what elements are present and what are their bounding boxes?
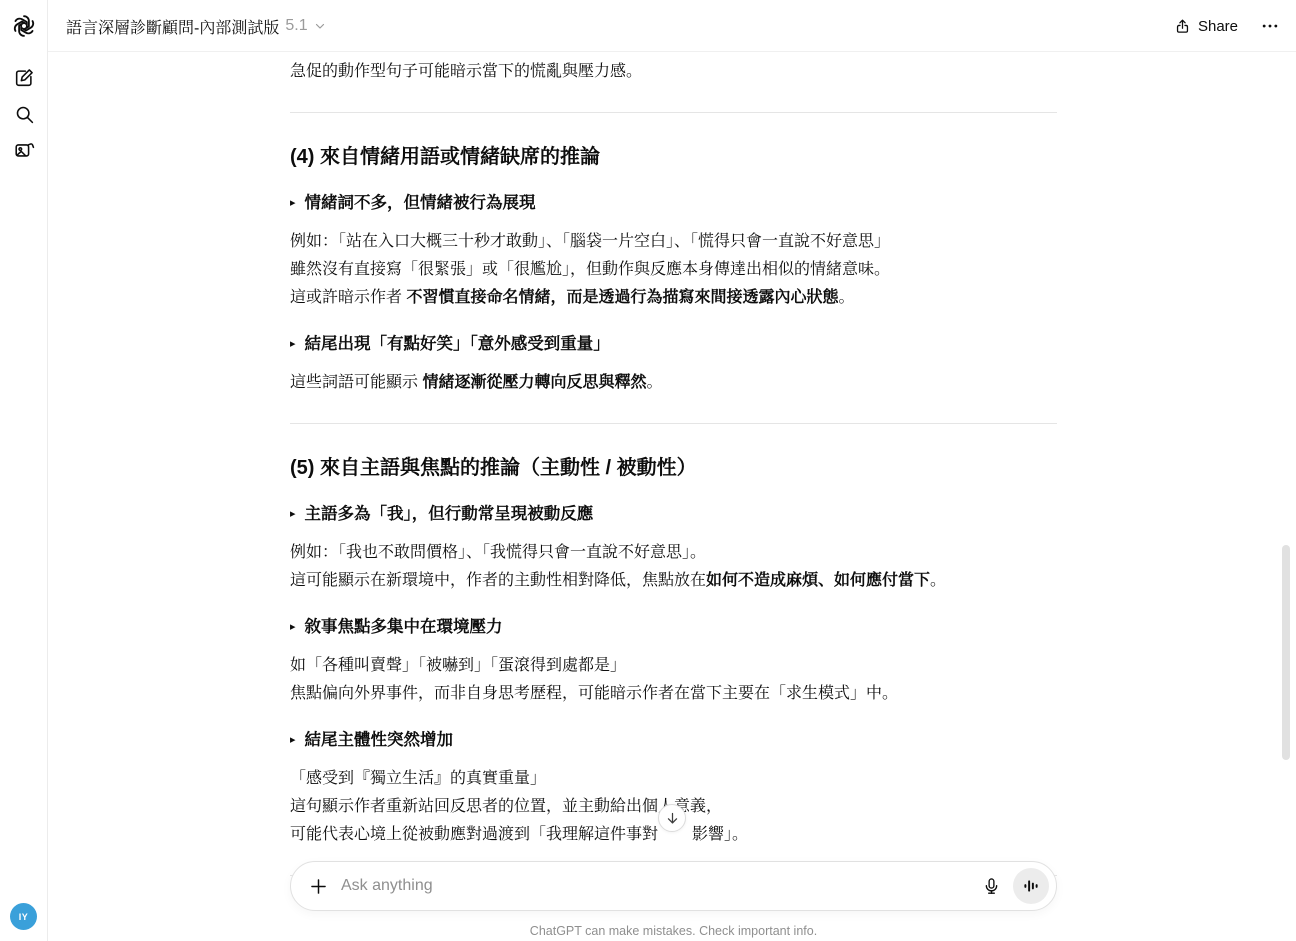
text-line: 這可能顯示在新環境中，作者的主動性相對降低，焦點放在如何不造成麻煩、如何應付當下… [290,567,1057,595]
voice-mode-button[interactable] [1013,868,1049,904]
assistant-message: 急促的動作型句子可能暗示當下的慌亂與壓力感。(4) 來自情緒用語或情緒缺席的推論… [290,52,1057,902]
text-line: 如「各種叫賣聲」「被嚇到」「蛋滾得到處都是」 [290,652,1057,680]
sub-heading: ▸主語多為「我」，但行動常呈現被動反應 [290,501,1057,527]
message-paragraph: 急促的動作型句子可能暗示當下的慌亂與壓力感。 [290,58,1057,86]
conversation-title-dropdown[interactable]: 語言深層診斷顧問-內部測試版 5.1 [66,0,326,52]
chevron-down-icon [314,20,326,32]
new-chat-button[interactable] [11,65,37,91]
message-paragraph: 如「各種叫賣聲」「被嚇到」「蛋滾得到處都是」焦點偏向外界事件，而非自身思考歷程，… [290,652,1057,708]
text-line: 例如：「我也不敢問價格」、「我慌得只會一直說不好意思」。 [290,539,1057,567]
share-button[interactable]: Share [1174,18,1238,35]
triangle-bullet-icon: ▸ [290,501,296,527]
message-paragraph: 這些詞語可能顯示 情緒逐漸從壓力轉向反思與釋然。 [290,369,1057,397]
new-chat-icon [13,67,35,89]
sub-heading: ▸結尾出現「有點好笑」「意外感受到重量」 [290,331,1057,357]
user-avatar[interactable]: IY [10,903,37,930]
text-line: 焦點偏向外界事件，而非自身思考歷程，可能暗示作者在當下主要在「求生模式」中。 [290,680,1057,708]
text-line: 急促的動作型句子可能暗示當下的慌亂與壓力感。 [290,58,1057,86]
composer [290,861,1057,911]
library-button[interactable] [11,137,37,163]
text-line: 「感受到『獨立生活』的真實重量」 [290,765,1057,793]
text-line: 雖然沒有直接寫「很緊張」或「很尷尬」，但動作與反應本身傳達出相似的情緒意味。 [290,256,1057,284]
model-version: 5.1 [285,17,307,35]
text-line: 這或許暗示作者 不習慣直接命名情緒，而是透過行為描寫來間接透露內心狀態。 [290,284,1057,312]
search-icon [14,104,35,125]
chatgpt-logo-icon [11,13,37,39]
sidebar: IY [0,0,48,941]
divider [290,423,1057,424]
sub-heading: ▸情緒詞不多，但情緒被行為展現 [290,190,1057,216]
voice-waveform-icon [1022,877,1040,895]
more-options-button[interactable] [1260,16,1280,36]
arrow-down-icon [665,811,680,826]
triangle-bullet-icon: ▸ [290,331,296,357]
message-paragraph: 例如：「站在入口大概三十秒才敢動」、「腦袋一片空白」、「慌得只會一直說不好意思」… [290,228,1057,312]
section-heading: (4) 來自情緒用語或情緒缺席的推論 [290,143,1057,171]
search-button[interactable] [11,101,37,127]
triangle-bullet-icon: ▸ [290,614,296,640]
divider [290,112,1057,113]
page-title: 語言深層診斷顧問-內部測試版 [66,15,279,38]
share-button-label: Share [1198,18,1238,35]
text-line: 例如：「站在入口大概三十秒才敢動」、「腦袋一片空白」、「慌得只會一直說不好意思」 [290,228,1057,256]
library-images-icon [13,139,35,161]
sub-heading: ▸敘事焦點多集中在環境壓力 [290,614,1057,640]
message-input[interactable] [341,877,982,895]
scrollbar-thumb[interactable] [1282,545,1290,760]
triangle-bullet-icon: ▸ [290,727,296,753]
plus-icon [308,876,329,897]
attach-button[interactable] [308,876,329,897]
sub-heading: ▸結尾主體性突然增加 [290,727,1057,753]
scroll-to-bottom-button[interactable] [658,804,686,832]
header: 語言深層診斷顧問-內部測試版 5.1 Share [48,0,1296,52]
share-icon [1174,18,1191,35]
text-line: 這些詞語可能顯示 情緒逐漸從壓力轉向反思與釋然。 [290,369,1057,397]
ellipsis-icon [1260,16,1280,36]
triangle-bullet-icon: ▸ [290,190,296,216]
message-paragraph: 例如：「我也不敢問價格」、「我慌得只會一直說不好意思」。這可能顯示在新環境中，作… [290,539,1057,595]
section-heading: (5) 來自主語與焦點的推論（主動性 / 被動性） [290,454,1057,482]
microphone-icon [982,877,1001,896]
dictate-button[interactable] [982,877,1001,896]
disclaimer-text: ChatGPT can make mistakes. Check importa… [290,924,1057,938]
